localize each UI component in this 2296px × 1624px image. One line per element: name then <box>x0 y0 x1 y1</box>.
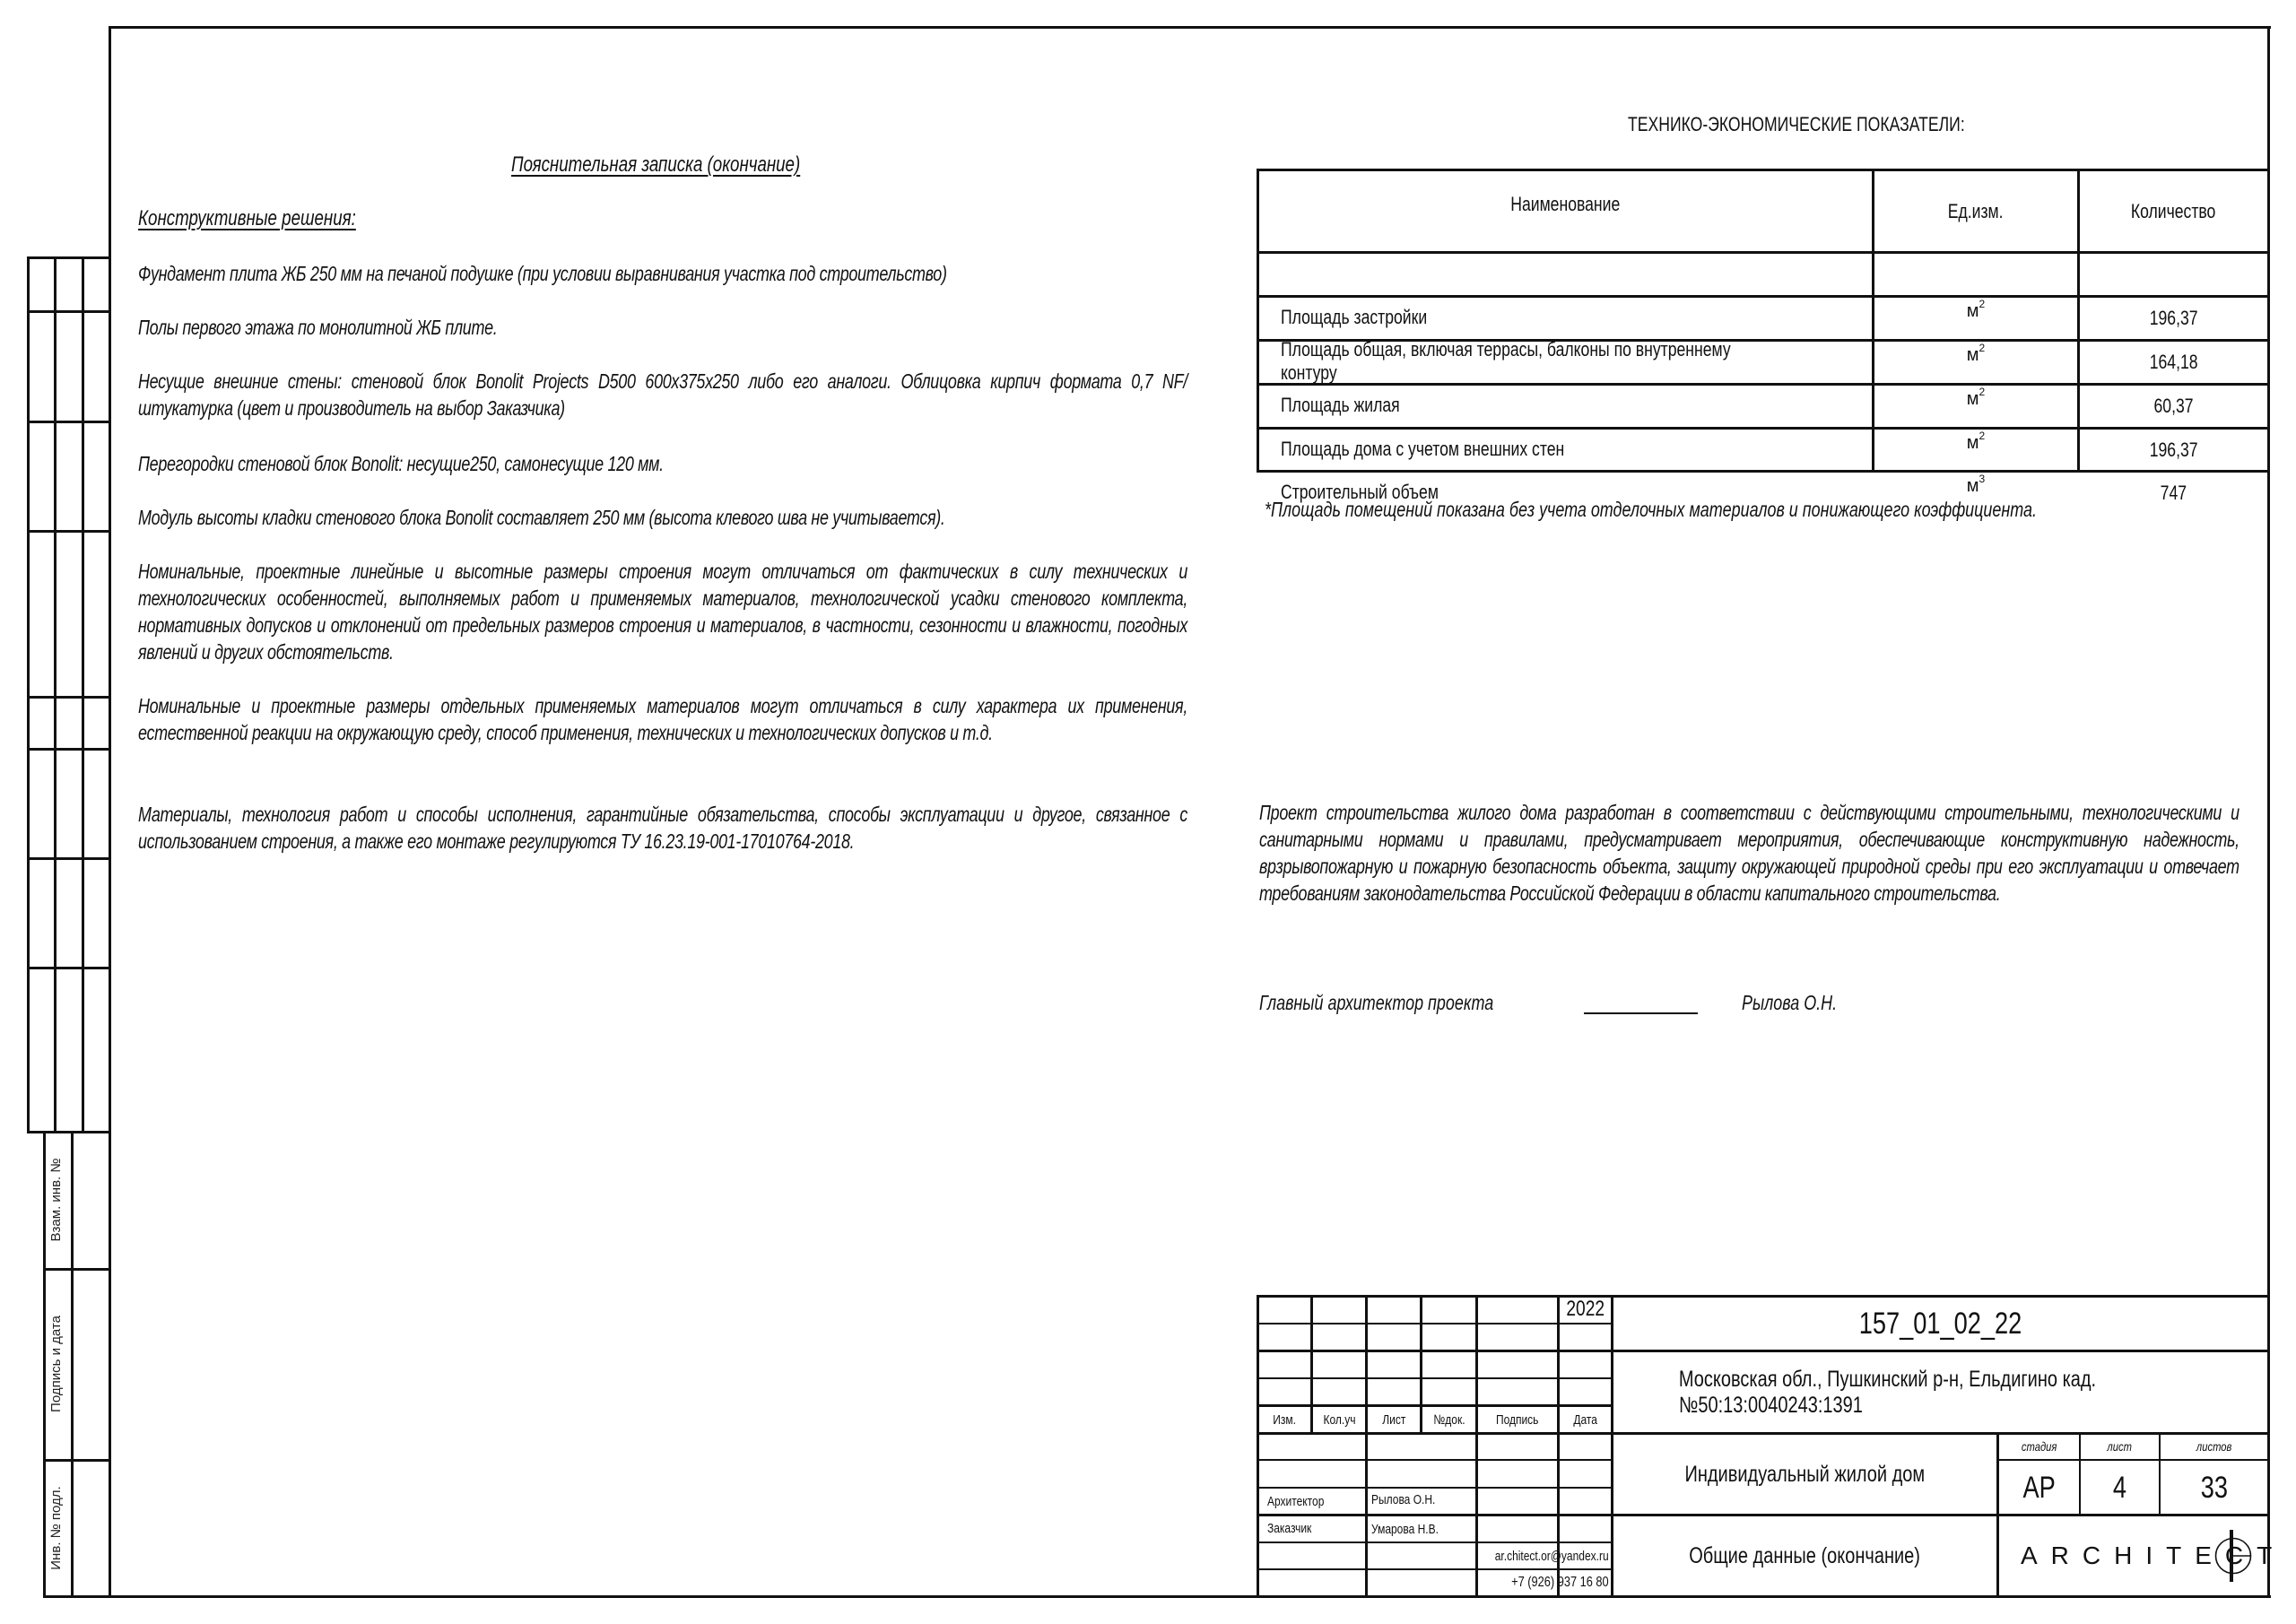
year: 2022 <box>1560 1297 1611 1322</box>
frame-left <box>109 26 111 1598</box>
tep-header-name: Наименование <box>1259 171 1872 238</box>
paragraph-walls: Несущие внешние стены: стеновой блок Bon… <box>138 368 1187 421</box>
object-name: Индивидуальный жилой дом <box>1613 1435 1996 1514</box>
section-heading: Конструктивные решения: <box>138 206 356 231</box>
tep-row-name: Площадь застройки <box>1281 297 1873 338</box>
name-customer: Умарова Н.В. <box>1371 1522 1439 1537</box>
side-stamp-label-replacement-inv: Взам. инв. № <box>48 1133 66 1267</box>
revision-header: Дата <box>1560 1407 1611 1432</box>
tep-row-qty: 747 <box>2080 473 2267 514</box>
role-customer: Заказчик <box>1267 1521 1311 1536</box>
project-address: Московская обл., Пушкинский р-н, Ельдиги… <box>1613 1352 2267 1432</box>
tep-row-qty: 60,37 <box>2080 386 2267 427</box>
sheet-value: 4 <box>2081 1462 2159 1514</box>
compliance-statement: Проект строительства жилого дома разрабо… <box>1259 799 2239 907</box>
tep-row-unit: м2 <box>1874 291 2077 332</box>
company-logo: ARCHITECT <box>1999 1516 2267 1596</box>
tep-row-name: Площадь общая, включая террасы, балконы … <box>1281 341 1873 382</box>
revision-header: Изм. <box>1259 1407 1310 1432</box>
side-stamp-label-original-inv: Инв. № подл. <box>48 1461 66 1595</box>
paragraph-floors: Полы первого этажа по монолитной ЖБ плит… <box>138 314 1187 341</box>
paragraph-material-sizes: Номинальные и проектные размеры отдельны… <box>138 692 1187 746</box>
sheets-value: 33 <box>2161 1462 2267 1514</box>
tep-row-unit: м2 <box>1874 334 2077 376</box>
revision-header: Подпись <box>1478 1407 1557 1432</box>
signature-line <box>1584 1012 1698 1014</box>
drawing-sheet: Взам. инв. № Подпись и дата Инв. № подл.… <box>0 0 2296 1624</box>
paragraph-nominal-sizes: Номинальные, проектные линейные и высотн… <box>138 558 1187 665</box>
note-title: Пояснительная записка (окончание) <box>511 152 800 178</box>
architect-logo-icon <box>2213 1528 2255 1584</box>
tep-header-qty: Количество <box>2080 171 2267 251</box>
project-code: 157_01_02_22 <box>1613 1298 2267 1350</box>
phone: +7 (926) 937 16 80 <box>1478 1570 1609 1595</box>
name-architect: Рылова О.Н. <box>1371 1492 1435 1507</box>
tep-row-name: Площадь жилая <box>1281 385 1873 426</box>
tep-row-qty: 164,18 <box>2080 342 2267 383</box>
chief-architect-name: Рылова О.Н. <box>1742 991 1837 1015</box>
paragraph-materials-tu: Материалы, технология работ и способы ис… <box>138 801 1187 855</box>
tep-footnote: *Площадь помещений показана без учета от… <box>1265 498 2037 522</box>
role-architect: Архитектор <box>1267 1494 1324 1509</box>
side-stamp-label-signature-date: Подпись и дата <box>48 1297 66 1431</box>
sheet-label: лист <box>2081 1434 2159 1459</box>
stage-value: АР <box>1999 1462 2079 1514</box>
revision-header: Лист <box>1368 1407 1420 1432</box>
tep-row-unit: м2 <box>1874 422 2077 464</box>
paragraph-partitions: Перегородки стеновой блок Bonolit: несущ… <box>138 450 1187 477</box>
frame-right <box>2267 26 2270 1598</box>
sheet-title: Общие данные (окончание) <box>1613 1516 1996 1596</box>
paragraph-foundation: Фундамент плита ЖБ 250 мм на печаной под… <box>138 260 1187 287</box>
revision-header: Кол.уч <box>1313 1407 1365 1432</box>
chief-architect-label: Главный архитектор проекта <box>1259 991 1493 1015</box>
email: ar.chitect.or@yandex.ru <box>1478 1543 1609 1568</box>
tep-header-unit: Ед.изм. <box>1874 171 2077 251</box>
stage-label: стадия <box>1999 1434 2079 1459</box>
tep-row-qty: 196,37 <box>2080 430 2267 471</box>
tep-row-qty: 196,37 <box>2080 298 2267 339</box>
paragraph-module: Модуль высоты кладки стенового блока Bon… <box>138 504 1187 531</box>
tep-row-unit: м2 <box>1874 378 2077 420</box>
tep-title: ТЕХНИКО-ЭКОНОМИЧЕСКИЕ ПОКАЗАТЕЛИ: <box>1628 113 1965 136</box>
frame-top <box>109 26 2271 29</box>
revision-header: №док. <box>1422 1407 1475 1432</box>
tep-row-name: Площадь дома с учетом внешних стен <box>1281 429 1873 470</box>
sheets-label: листов <box>2161 1434 2267 1459</box>
